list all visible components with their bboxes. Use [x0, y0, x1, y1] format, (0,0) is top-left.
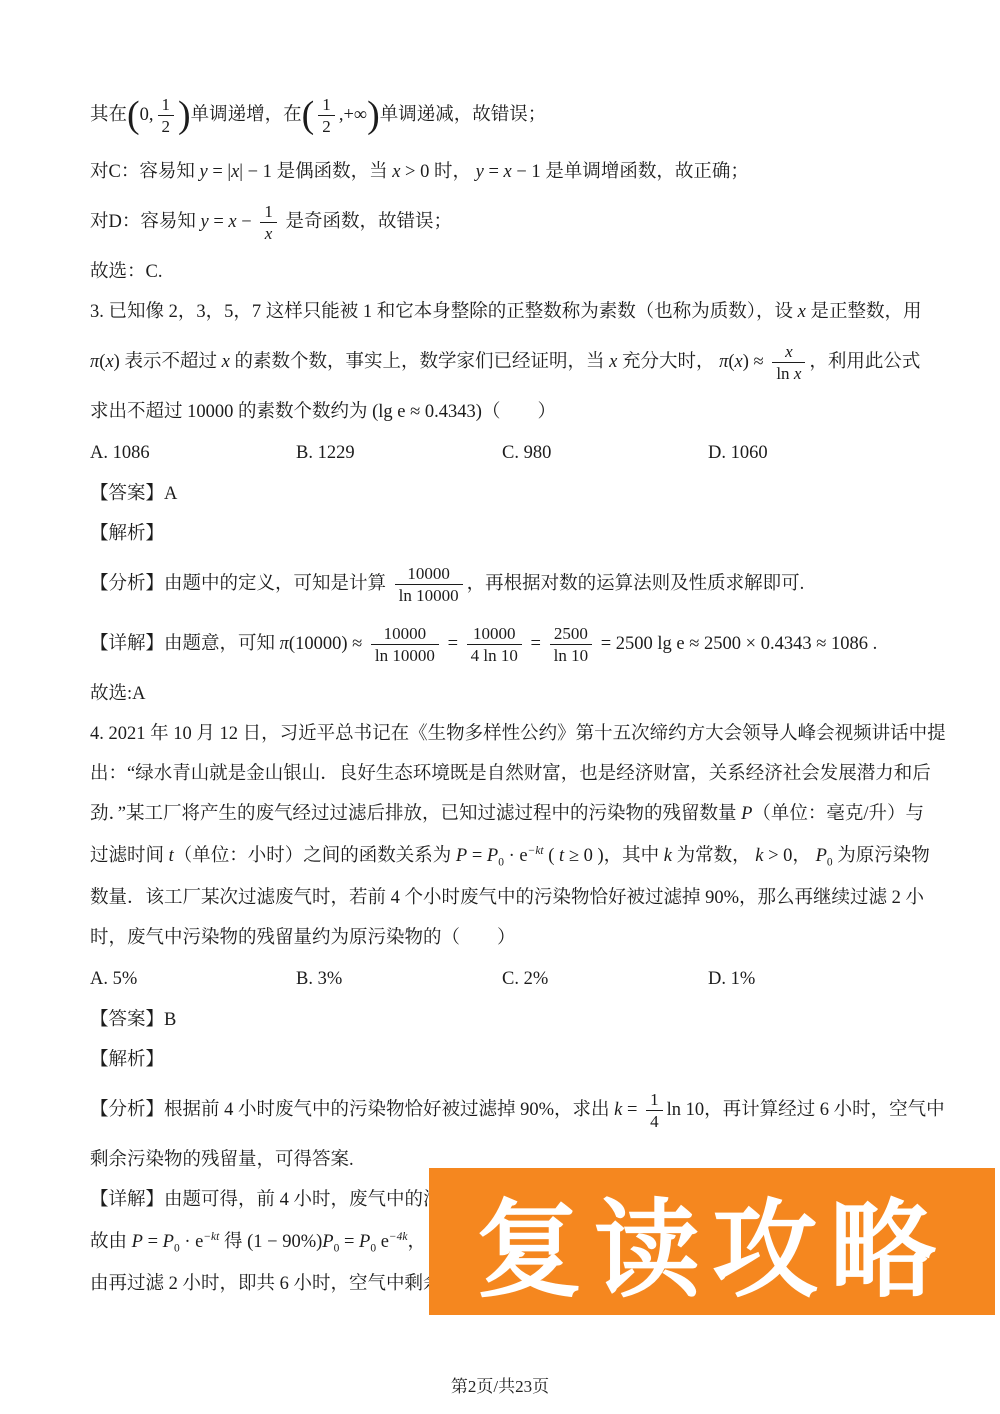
text-line: 劲．”某工厂将产生的废气经过过滤后排放，已知过滤过程中的污染物的残留数量 P（单…	[90, 794, 914, 834]
fraction: 12	[158, 94, 175, 138]
math-variable: x	[105, 352, 113, 372]
text-run: 剩余污染物的残留量，可得答案.	[90, 1150, 354, 1170]
text-run: 是单调增函数，故正确；	[541, 162, 749, 182]
text-line: 【答案】A	[90, 474, 914, 514]
fraction-denominator: ln 10	[550, 645, 593, 666]
text-run: 4 ln 10	[471, 646, 518, 665]
text-run: ln 10000	[399, 586, 459, 605]
fraction-numerator: 10000	[467, 623, 522, 645]
text-run: 【详解】由题意，可知	[90, 634, 280, 654]
option-item: C. 2%	[502, 958, 708, 1000]
text-run: 得	[219, 1232, 247, 1252]
text-run: 是奇函数，故错误；	[281, 212, 452, 232]
math-text: e	[376, 1232, 389, 1252]
math-text: =	[526, 634, 546, 654]
document-body: 其在(0,12)单调递增，在(12,+∞)单调递减，故错误；对C：容易知 y =…	[90, 78, 914, 1304]
big-parenthesis: (	[302, 94, 315, 136]
text-run: 【分析】根据前 4 小时废气中的污染物恰好被过滤掉 90%，求出	[90, 1100, 614, 1120]
text-run: 为常数，	[672, 846, 755, 866]
text-run: 为原污染物	[833, 846, 930, 866]
math-text: − 1	[512, 162, 541, 182]
text-run: 数量．该工厂某次过滤废气时，若前 4 个小时废气中的污染物恰好被过滤掉 90%，…	[90, 888, 924, 908]
text-run: 2	[322, 117, 331, 136]
text-run: 过滤时间	[90, 846, 169, 866]
options-row: A. 1086B. 1229C. 980D. 1060	[90, 432, 914, 474]
text-run: ，	[407, 1232, 426, 1252]
math-variable: y	[199, 162, 207, 182]
text-run: 由再过滤 2 小时，即共 6 小时，空气中剩余	[90, 1274, 442, 1294]
math-variable: y	[201, 212, 209, 232]
fraction: 1x	[260, 201, 277, 245]
text-run: 的素数个数，事实上，数学家们已经证明，当	[230, 352, 609, 372]
text-run: 3. 已知像 2，3，5，7 这样只能被 1 和它本身整除的正整数称为素数（也称…	[90, 302, 798, 322]
promo-watermark-banner: 复读攻略	[429, 1168, 995, 1315]
text-line: 【分析】根据前 4 小时废气中的污染物恰好被过滤掉 90%，求出 k = 14l…	[90, 1080, 914, 1140]
fraction-numerator: 10000	[395, 563, 463, 585]
text-line: 【分析】由题中的定义，可知是计算 10000ln 10000，再根据对数的运算法…	[90, 554, 914, 614]
text-run: 故由	[90, 1232, 132, 1252]
fraction-numerator: 1	[260, 201, 277, 223]
text-line: 时，废气中污染物的残留量约为原污染物的（ ）	[90, 918, 914, 958]
fraction-denominator: ln 10000	[395, 585, 463, 606]
fraction: 10000ln 10000	[395, 563, 463, 607]
text-run: 时，废气中污染物的残留量约为原污染物的（ ）	[90, 928, 516, 948]
math-variable: P	[487, 846, 498, 866]
text-line: 对C：容易知 y = |x| − 1 是偶函数，当 x > 0 时， y = x…	[90, 152, 914, 192]
option-item: A. 1086	[90, 432, 296, 474]
text-line: 故选:A	[90, 674, 914, 714]
text-run: 2	[162, 117, 171, 136]
fraction: 12	[318, 94, 335, 138]
math-variable: π	[280, 634, 289, 654]
option-item: B. 3%	[296, 958, 502, 1000]
math-text: ≥ 0 )	[564, 846, 603, 866]
text-line: 【详解】由题意，可知 π(10000) ≈ 10000ln 10000 = 10…	[90, 614, 914, 674]
option-item: D. 1060	[708, 432, 914, 474]
text-run: 10000	[407, 564, 450, 583]
text-line: 求出不超过 10000 的素数个数约为 (lg e ≈ 0.4343)（ ）	[90, 392, 914, 432]
text-run: 出：“绿水青山就是金山银山．良好生态环境既是自然财富，也是经济财富，关系经济社会…	[90, 764, 931, 784]
option-item: D. 1%	[708, 958, 914, 1000]
fraction-denominator: 2	[318, 116, 335, 137]
text-run: 故选:A	[90, 684, 146, 704]
math-text: =	[443, 634, 463, 654]
fraction-numerator: 10000	[371, 623, 439, 645]
text-run: 1	[162, 95, 171, 114]
math-variable: P	[359, 1232, 370, 1252]
math-variable: x	[504, 162, 512, 182]
math-variable: x	[265, 224, 273, 243]
fraction: 2500ln 10	[550, 623, 593, 667]
math-variable: π	[90, 352, 99, 372]
math-text: =	[467, 846, 487, 866]
math-text: · e	[504, 846, 528, 866]
text-run: 对D：容易知	[90, 212, 201, 232]
text-line: 【答案】B	[90, 1000, 914, 1040]
math-text: =	[484, 162, 504, 182]
text-run: 求出不超过 10000 的素数个数约为 (lg e ≈ 0.4343)（ ）	[90, 402, 556, 422]
text-run: 2500	[554, 624, 588, 643]
math-text: −	[237, 212, 257, 232]
text-run: ln 10	[554, 646, 589, 665]
math-text: · e	[180, 1232, 204, 1252]
fraction: xln x	[772, 341, 805, 385]
fraction-numerator: 1	[646, 1089, 663, 1111]
math-variable: x	[735, 352, 743, 372]
text-run: 【答案】B	[90, 1010, 176, 1030]
math-variable: k	[664, 846, 672, 866]
text-run: 1	[650, 1090, 659, 1109]
superscript: −kt	[528, 845, 544, 857]
math-variable: P	[322, 1232, 333, 1252]
text-line: π(x) 表示不超过 x 的素数个数，事实上，数学家们已经证明，当 x 充分大时…	[90, 332, 914, 392]
math-variable: x	[785, 342, 793, 361]
option-item: B. 1229	[296, 432, 502, 474]
text-run: 充分大时，	[617, 352, 719, 372]
text-line: 【解析】	[90, 1040, 914, 1080]
math-text: =	[622, 1100, 642, 1120]
math-variable: x	[222, 352, 230, 372]
big-parenthesis: )	[178, 94, 191, 136]
big-parenthesis: )	[367, 94, 380, 136]
text-line: 数量．该工厂某次过滤废气时，若前 4 个小时废气中的污染物恰好被过滤掉 90%，…	[90, 878, 914, 918]
fraction: 14	[646, 1089, 663, 1133]
option-item: A. 5%	[90, 958, 296, 1000]
text-run: 10000	[384, 624, 427, 643]
text-run: 对C：容易知	[90, 162, 199, 182]
fraction-denominator: ln 10000	[371, 645, 439, 666]
math-text: > 0	[400, 162, 429, 182]
math-variable: y	[476, 162, 484, 182]
math-variable: x	[798, 302, 806, 322]
math-text: | − 1	[239, 162, 272, 182]
math-text: =	[143, 1232, 163, 1252]
fraction-denominator: x	[260, 223, 277, 244]
superscript: −kt	[203, 1231, 219, 1243]
math-variable: π	[719, 352, 728, 372]
superscript: −4k	[389, 1231, 408, 1243]
math-variable: x	[794, 364, 802, 383]
text-run: 10000	[473, 624, 516, 643]
math-text: ln 10	[667, 1100, 705, 1120]
page-footer: 第2页/共23页	[0, 1372, 1000, 1397]
text-line: 4. 2021 年 10 月 12 日，习近平总书记在《生物多样性公约》第十五次…	[90, 714, 914, 754]
text-line: 过滤时间 t（单位：小时）之间的函数关系为 P = P0 · e−kt ( t …	[90, 834, 914, 878]
text-line: 【解析】	[90, 514, 914, 554]
math-text: ln	[776, 364, 794, 383]
text-run: （单位：小时）之间的函数关系为	[174, 846, 456, 866]
text-run: （单位：毫克/升）与	[752, 804, 924, 824]
text-run: 4	[650, 1112, 659, 1131]
math-variable: P	[741, 804, 752, 824]
text-run: 4. 2021 年 10 月 12 日，习近平总书记在《生物多样性公约》第十五次…	[90, 724, 946, 744]
text-run: 1	[264, 202, 273, 221]
math-variable: x	[228, 212, 236, 232]
fraction-denominator: ln x	[772, 363, 805, 384]
text-run: ，再根据对数的运算法则及性质求解即可.	[467, 574, 805, 594]
text-run: 【答案】A	[90, 484, 177, 504]
text-run: 【解析】	[90, 524, 164, 544]
text-run: 其在	[90, 105, 127, 125]
fraction-numerator: 1	[318, 94, 335, 116]
fraction-numerator: x	[772, 341, 805, 363]
big-parenthesis: (	[127, 94, 140, 136]
fraction: 10000ln 10000	[371, 623, 439, 667]
text-line: 其在(0,12)单调递增，在(12,+∞)单调递减，故错误；	[90, 78, 914, 152]
math-text: ) ≈	[743, 352, 769, 372]
text-run: 表示不超过	[120, 352, 222, 372]
math-variable: P	[132, 1232, 143, 1252]
math-text: (	[544, 846, 559, 866]
fraction-numerator: 2500	[550, 623, 593, 645]
math-text: =	[339, 1232, 359, 1252]
text-line: 对D：容易知 y = x − 1x 是奇函数，故错误；	[90, 192, 914, 252]
fraction-denominator: 4 ln 10	[467, 645, 522, 666]
math-text: = 2500 lg e ≈ 2500 × 0.4343 ≈ 1086	[596, 634, 868, 654]
text-run: ，利用此公式	[809, 352, 920, 372]
math-variable: P	[456, 846, 467, 866]
math-variable: P	[816, 846, 827, 866]
text-line: 3. 已知像 2，3，5，7 这样只能被 1 和它本身整除的正整数称为素数（也称…	[90, 292, 914, 332]
fraction-denominator: 4	[646, 1111, 663, 1132]
fraction: 100004 ln 10	[467, 623, 522, 667]
text-run: ln 10000	[375, 646, 435, 665]
fraction-denominator: 2	[158, 116, 175, 137]
text-run: 单调递增，在	[191, 105, 302, 125]
text-run: ，再计算经过 6 小时，空气中	[704, 1100, 945, 1120]
text-run: 劲．”某工厂将产生的废气经过过滤后排放，已知过滤过程中的污染物的残留数量	[90, 804, 741, 824]
text-run: 单调递减，故错误；	[380, 105, 547, 125]
text-run: 【分析】由题中的定义，可知是计算	[90, 574, 391, 594]
math-text: > 0	[763, 846, 792, 866]
fraction-numerator: 1	[158, 94, 175, 116]
text-run: 是偶函数，当	[272, 162, 392, 182]
text-line: 故选：C.	[90, 252, 914, 292]
text-run: .	[868, 634, 877, 654]
text-run: 故选：C.	[90, 262, 162, 282]
text-run: 【解析】	[90, 1050, 164, 1070]
option-item: C. 980	[502, 432, 708, 474]
text-line: 出：“绿水青山就是金山银山．良好生态环境既是自然财富，也是经济财富，关系经济社会…	[90, 754, 914, 794]
text-run: 【详解】由题可得，前 4 小时，废气中的污	[90, 1190, 442, 1210]
math-variable: P	[163, 1232, 174, 1252]
text-run: 1	[322, 95, 331, 114]
math-text: 0,	[140, 105, 154, 125]
math-text: = |	[208, 162, 231, 182]
text-run: 是正整数，用	[806, 302, 922, 322]
math-text: (10000) ≈	[289, 634, 367, 654]
promo-banner-text: 复读攻略	[476, 1166, 948, 1318]
text-run: ，	[792, 846, 815, 866]
text-run: 时，	[429, 162, 475, 182]
options-row: A. 5%B. 3%C. 2%D. 1%	[90, 958, 914, 1000]
math-text: ,+∞	[339, 105, 367, 125]
page-number-text: 第2页/共23页	[451, 1377, 549, 1396]
math-text: =	[209, 212, 229, 232]
text-run: ，其中	[604, 846, 664, 866]
math-text: (1 − 90%)	[247, 1232, 322, 1252]
